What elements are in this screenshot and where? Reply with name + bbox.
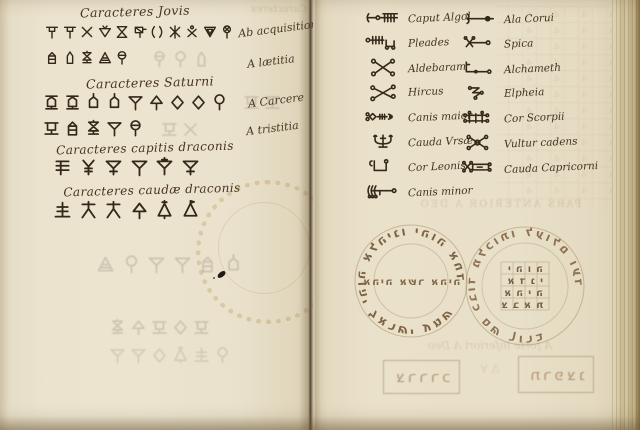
g-trinest-glyph [202, 24, 218, 40]
g-trilines-glyph [97, 50, 113, 66]
star-entry: Cauda Vrsæ [363, 132, 473, 152]
left-page: Caracteres Caracteres Jovis Ab acquisiti… [0, 0, 313, 430]
ghost-heading-bleed: Caracteres [248, 4, 310, 15]
g-tridown-stem-glyph [126, 93, 145, 112]
star-entry: Elpheia [459, 83, 598, 103]
star-entry: Cauda Capricorni [459, 158, 598, 178]
star-sigil-icon [363, 83, 403, 102]
row-label-ab-acquisitione: Ab acquisitione [238, 17, 313, 40]
g-diamond-glyph [150, 346, 169, 365]
row-label-a-tristitia: A tristitia [245, 119, 299, 138]
star-name-label: Cor Leonis [408, 160, 466, 175]
star-entry: Canis maior [363, 107, 473, 127]
right-page: 4 4 4 4 4 4 4 4 4 4 4 4 4 4 4 4 4 4 4 4 … [315, 0, 615, 430]
star-entry: Cor Leonis [363, 157, 473, 177]
g-triup-stem-glyph [129, 318, 148, 337]
sigil-row-jovis-1 [44, 24, 237, 40]
sigil-row-caudae [52, 200, 205, 221]
bleed-box-right: תרפצנ [518, 356, 594, 393]
g-pentstem-glyph [105, 93, 124, 112]
g-pentstem-glyph [84, 93, 103, 112]
magic-square-row-3: אהיה [499, 288, 543, 299]
g-zh-glyph [167, 24, 183, 40]
star-name-label: Alchameth [504, 61, 561, 75]
g-threebar-glyph [52, 157, 73, 178]
star-name-label: Aldebaram [408, 60, 467, 75]
star-sigil-column-1: Caput Algol Pleades Aldebaram Hircus [363, 8, 473, 206]
star-entry: Cor Scorpii [459, 108, 598, 128]
magic-square-row-1: יהוה [503, 264, 543, 275]
g-ostem-glyph [121, 254, 142, 275]
g-x-glyph [79, 24, 95, 40]
g-manbar-glyph [78, 200, 99, 221]
g-ostem-glyph [171, 50, 190, 69]
g-obar-stem-glyph [114, 50, 130, 66]
g-ostem-glyph [213, 346, 232, 365]
star-name-label: Canis minor [408, 184, 473, 199]
g-hourstand-glyph [84, 119, 103, 138]
star-entry: Aldebaram [363, 58, 473, 78]
star-entry: Spica [459, 34, 598, 54]
star-sigil-icon [459, 158, 499, 177]
g-diamond-glyph [171, 318, 190, 337]
star-sigil-icon [363, 58, 403, 77]
g-paren-glyph [149, 24, 165, 40]
g-boxbars-glyph [150, 318, 169, 337]
g-diamond-glyph [168, 93, 187, 112]
star-sigil-icon [363, 33, 403, 52]
star-sigil-icon [459, 59, 499, 78]
g-hourglass-glyph [114, 24, 130, 40]
star-sigil-icon [459, 34, 499, 53]
star-name-label: Vultur cadens [504, 135, 578, 150]
g-boxhat-glyph [197, 254, 218, 275]
g-hourstand-glyph [108, 318, 127, 337]
bleed-caption-top: PARS ANTERIOR A DEO [405, 199, 595, 210]
star-sigil-icon [363, 108, 403, 127]
sigil-row-saturni-2 [42, 119, 147, 138]
heading-caracteres-saturni: Caracteres Saturni [55, 73, 245, 93]
sigil-row-bleed-f [150, 50, 213, 69]
seal-left: שמע ישראל יהוה אלהינו יהוה אחד אהיה אשר … [352, 222, 470, 340]
g-tridown-stem-glyph [129, 157, 150, 178]
g-tflag-glyph [62, 24, 78, 40]
magic-square-row-4: צבאת [496, 300, 543, 311]
star-entry: Caput Algol [363, 8, 473, 28]
sigil-row-bleed-b [108, 318, 213, 337]
sigil-row-bleed-e [160, 120, 202, 139]
row-label-a-laetitia: A lætitia [246, 52, 295, 71]
heading-caracteres-jovis: Caracteres Jovis [40, 2, 230, 22]
g-trilines-glyph [95, 254, 116, 275]
g-boxhat-glyph [44, 50, 60, 66]
star-sigil-icon [363, 132, 403, 151]
bleed-box-right-letters: תרפצנ [527, 366, 585, 384]
star-entry: Vultur cadens [459, 133, 598, 153]
star-sigil-icon [363, 157, 403, 176]
star-entry: Ala Corui [459, 9, 598, 29]
star-name-label: Spica [504, 37, 534, 50]
bleed-triangle-marks: Δ ∀ [465, 362, 515, 376]
star-sigil-column-2: Ala Corui Spica Alchameth Elpheia [459, 9, 598, 183]
star-entry: Alchameth [459, 59, 598, 79]
star-name-label: Elpheia [504, 87, 545, 101]
sigil-row-saturni-1 [42, 93, 231, 112]
star-sigil-icon [363, 9, 403, 28]
g-yen-glyph [78, 157, 99, 178]
g-ostem-glyph [210, 93, 229, 112]
seal-right: ברוך שם כבוד מלכותו לעולם ועד יהוה אדני … [463, 224, 587, 348]
g-ocross-stem-glyph [219, 24, 235, 40]
g-tridown-psibar-glyph [103, 157, 124, 178]
g-boxbars-glyph [42, 119, 61, 138]
g-xloop-glyph [184, 24, 200, 40]
g-pentbars-glyph [63, 93, 82, 112]
g-obar-stem-glyph [126, 119, 145, 138]
star-entry: Pleades [363, 33, 473, 53]
star-entry: Hircus [363, 82, 473, 102]
ghost-seal-ring-inner [218, 202, 310, 294]
bleed-caption-bottom: A forte inferiori A Deo [395, 339, 585, 352]
g-tridown-stem-glyph [108, 346, 127, 365]
ink-speck [213, 277, 215, 279]
g-tridown-stem-glyph [105, 119, 124, 138]
g-tridown-stem-glyph [146, 254, 167, 275]
g-earth-glyph [192, 346, 211, 365]
g-triup-cross-glyph [154, 200, 175, 221]
heading-caracteres-caudae: Caracteres caudæ draconis [47, 180, 257, 199]
sigil-row-capitis [52, 157, 205, 178]
star-sigil-icon [363, 182, 403, 201]
g-diamond-glyph [189, 93, 208, 112]
g-triup-stem-glyph [129, 200, 150, 221]
g-x-glyph [181, 120, 200, 139]
bleed-box-left-letters: צרררכ [393, 368, 450, 386]
g-bullet-glyph [62, 50, 78, 66]
star-name-label: Ala Corui [504, 12, 555, 26]
sigil-row-jovis-2 [44, 50, 132, 66]
g-boxhat-glyph [63, 119, 82, 138]
g-manbar-glyph [103, 200, 124, 221]
g-obar-stem-glyph [150, 50, 169, 69]
g-boxbars-glyph [160, 120, 179, 139]
g-triup-flag-glyph [180, 200, 201, 221]
g-boxbars-glyph [192, 318, 211, 337]
g-earth-glyph [52, 200, 73, 221]
g-pentbars-glyph [42, 93, 61, 112]
star-sigil-icon [459, 133, 499, 152]
star-sigil-icon [459, 109, 499, 128]
g-triup-cross-glyph [171, 346, 190, 365]
g-tridown-stem-glyph [172, 254, 193, 275]
g-tflag-glyph [44, 24, 60, 40]
star-name-label: Pleades [408, 36, 450, 50]
star-name-label: Cauda Capricorni [504, 160, 599, 176]
g-bullet-glyph [192, 50, 211, 69]
star-sigil-icon [459, 84, 499, 103]
star-name-label: Hircus [408, 86, 444, 100]
sigil-row-bleed-c [108, 346, 234, 365]
seal-left-center-text: אהיה אשר אהיה [361, 276, 460, 288]
g-hourstand-glyph [79, 50, 95, 66]
star-sigil-icon [459, 10, 499, 29]
bleed-box-left: צרררכ [383, 360, 460, 394]
g-tridown-stem-glyph [129, 346, 148, 365]
g-tridown-cross-glyph [154, 157, 175, 178]
fore-edge-page-stack [612, 0, 640, 430]
g-triup-stem-glyph [147, 93, 166, 112]
heading-caracteres-capitis: Caracteres capitis draconis [40, 138, 250, 157]
g-tridown-x-glyph [97, 24, 113, 40]
magic-square-row-2: אדני [502, 276, 543, 287]
manuscript-photo: Caracteres Caracteres Jovis Ab acquisiti… [0, 0, 640, 430]
g-boxflag-glyph [132, 24, 148, 40]
star-name-label: Cor Scorpii [504, 111, 565, 126]
ghost-seal-ring-outer [196, 180, 313, 324]
g-tridown-psibar-glyph [180, 157, 201, 178]
